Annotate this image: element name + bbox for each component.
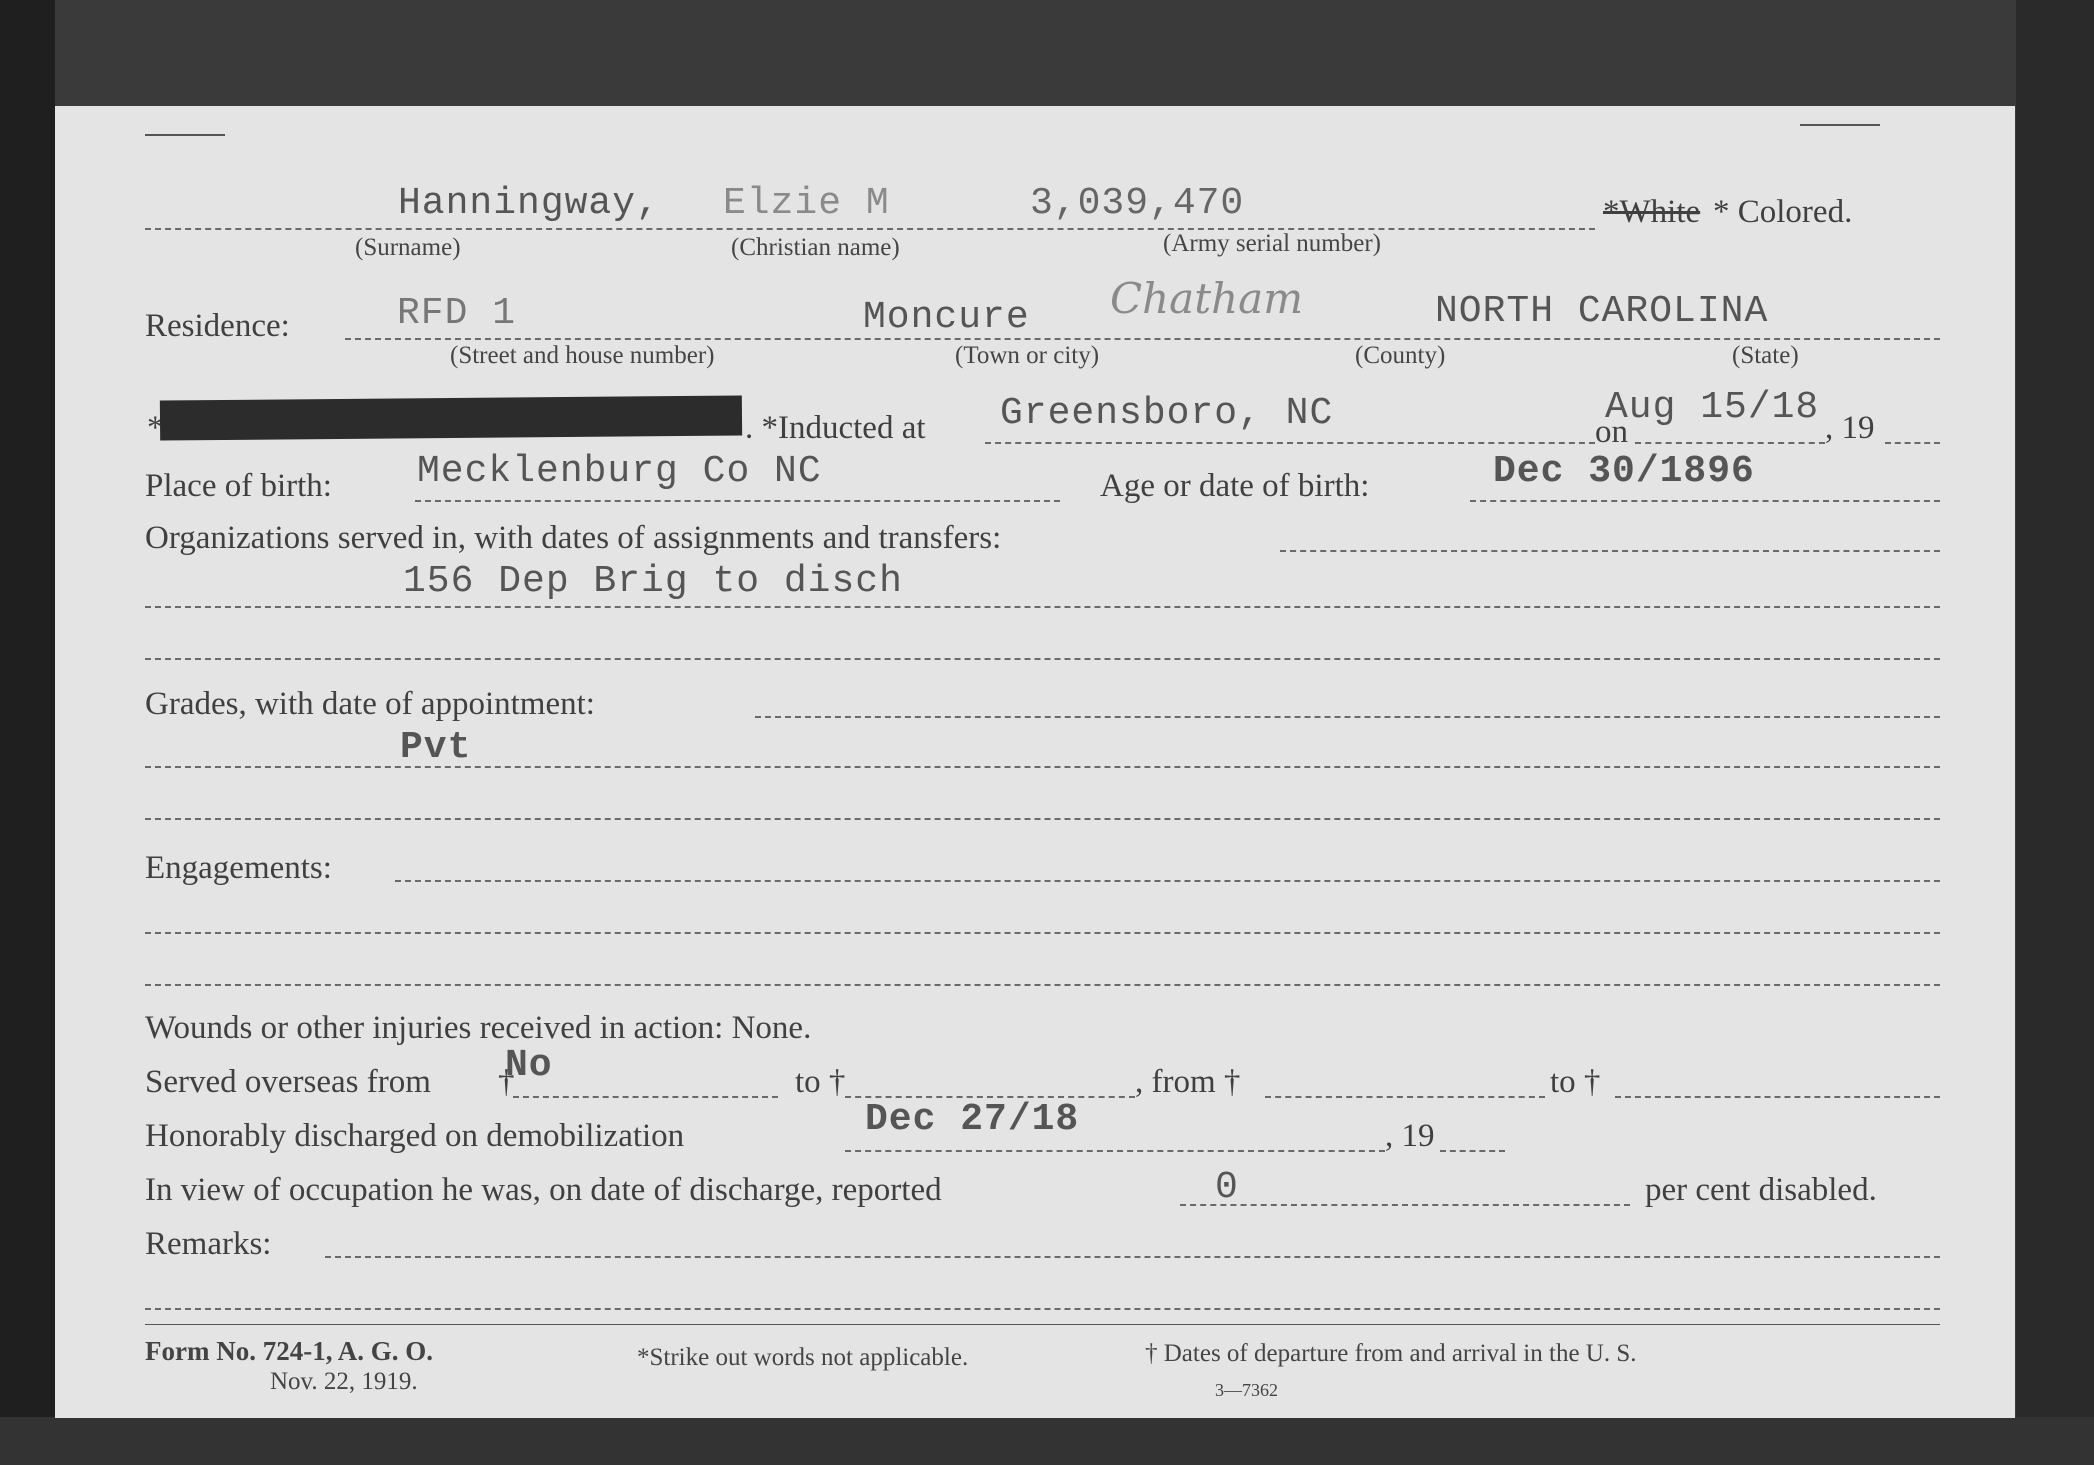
- organizations-line-2: [145, 606, 1940, 608]
- engagements-line-2: [145, 932, 1940, 934]
- place-of-birth-line: [415, 500, 1060, 502]
- surname-label: (Surname): [355, 234, 461, 262]
- county-label: (County): [1355, 342, 1445, 370]
- discharge-label: Honorably discharged on demobilization: [145, 1118, 684, 1155]
- strike-note: *Strike out words not applicable.: [637, 1344, 968, 1372]
- grades-label: Grades, with date of appointment:: [145, 686, 595, 723]
- discharge-date-line: [845, 1150, 1385, 1152]
- discharge-year-prefix: , 19: [1385, 1118, 1435, 1155]
- residence-street: RFD 1: [397, 292, 516, 335]
- scan-border-right: [2016, 0, 2094, 1465]
- remarks-line-1: [325, 1256, 1940, 1258]
- grades-line-1: [755, 716, 1940, 718]
- residence-town: Moncure: [863, 296, 1030, 339]
- date-of-birth-line: [1470, 500, 1940, 502]
- overseas-to-line-2: [1615, 1096, 1940, 1098]
- footer-rule: [145, 1324, 1940, 1325]
- overseas-from-line-1: [513, 1096, 778, 1098]
- town-label: (Town or city): [955, 342, 1099, 370]
- grades-value: Pvt: [400, 726, 471, 769]
- print-code: 3—7362: [1215, 1380, 1278, 1401]
- remarks-label: Remarks:: [145, 1226, 271, 1263]
- overseas-to-label-1: to †: [795, 1064, 845, 1101]
- serial-number-label: (Army serial number): [1163, 230, 1381, 258]
- state-label: (State): [1732, 342, 1799, 370]
- residence-state: NORTH CAROLINA: [1435, 290, 1768, 333]
- christian-name-label: (Christian name): [731, 234, 900, 262]
- residence-line: [345, 338, 1940, 340]
- residence-county: Chatham: [1110, 274, 1303, 323]
- inducted-place: Greensboro, NC: [1000, 392, 1333, 435]
- organizations-line-1: [1280, 550, 1940, 552]
- place-of-birth-label: Place of birth:: [145, 468, 332, 505]
- engagements-line-1: [395, 880, 1940, 882]
- organizations-line-3: [145, 658, 1940, 660]
- street-label: (Street and house number): [450, 342, 715, 370]
- christian-name-value: Elzie M: [723, 182, 890, 225]
- disability-suffix: per cent disabled.: [1645, 1172, 1877, 1209]
- overseas-from-line-2: [1265, 1096, 1545, 1098]
- redaction-block: [160, 395, 742, 440]
- organizations-label: Organizations served in, with dates of a…: [145, 520, 1001, 557]
- scan-border-left: [0, 0, 55, 1465]
- overseas-to-label-2: to †: [1550, 1064, 1600, 1101]
- disability-value: 0: [1215, 1166, 1239, 1209]
- serial-number-value: 3,039,470: [1030, 182, 1244, 225]
- form-number: Form No. 724-1, A. G. O.: [145, 1336, 433, 1367]
- inducted-place-line: [985, 442, 1595, 444]
- discharge-date: Dec 27/18: [865, 1098, 1079, 1141]
- overseas-label: Served overseas from: [145, 1064, 431, 1101]
- grades-line-2: [145, 766, 1940, 768]
- inducted-label: . *Inducted at: [745, 410, 926, 447]
- inducted-year-prefix: , 19: [1825, 410, 1875, 447]
- remarks-line-2: [145, 1308, 1940, 1310]
- surname-value: Hanningway,: [398, 182, 660, 225]
- form-date: Nov. 22, 1919.: [270, 1368, 418, 1396]
- residence-label: Residence:: [145, 308, 290, 345]
- wounds-label: Wounds or other injuries received in act…: [145, 1010, 811, 1047]
- place-of-birth-value: Mecklenburg Co NC: [417, 450, 822, 493]
- inducted-year-line: [1885, 442, 1940, 444]
- disability-line: [1180, 1204, 1630, 1206]
- date-of-birth-label: Age or date of birth:: [1100, 468, 1369, 505]
- discharge-year-line: [1440, 1150, 1505, 1152]
- dagger-note: † Dates of departure from and arrival in…: [1145, 1340, 1637, 1368]
- service-record-card: Hanningway, Elzie M 3,039,470 *White * C…: [55, 106, 2015, 1418]
- overseas-from-label-2: , from †: [1135, 1064, 1240, 1101]
- race-colored: * Colored.: [1713, 194, 1852, 231]
- date-of-birth-value: Dec 30/1896: [1493, 450, 1755, 493]
- corner-mark-right: [1800, 124, 1880, 126]
- organizations-value: 156 Dep Brig to disch: [403, 560, 903, 603]
- disability-label: In view of occupation he was, on date of…: [145, 1172, 942, 1209]
- grades-line-3: [145, 818, 1940, 820]
- engagements-line-3: [145, 984, 1940, 986]
- scan-border-bottom: [0, 1417, 2094, 1465]
- engagements-label: Engagements:: [145, 850, 332, 887]
- inducted-date: Aug 15/18: [1605, 386, 1819, 429]
- race-white-struck: *White: [1603, 194, 1700, 231]
- inducted-date-line: [1635, 442, 1825, 444]
- corner-mark-left: [145, 134, 225, 136]
